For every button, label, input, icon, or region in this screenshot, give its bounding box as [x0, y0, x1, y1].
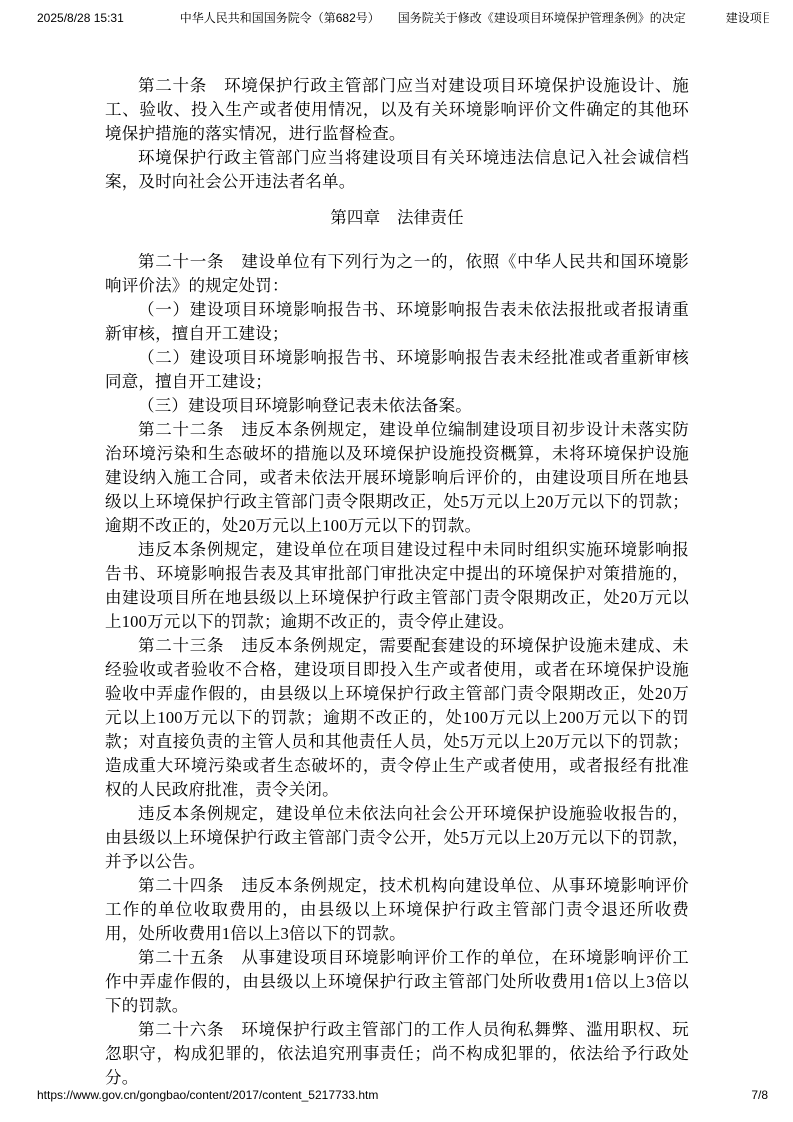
article-20-para-1: 第二十条 环境保护行政主管部门应当对建设项目环境保护设施设计、施工、验收、投入生…: [105, 74, 689, 146]
printed-page: 2025/8/28 15:31 中华人民共和国国务院令（第682号） 国务院关于…: [0, 0, 793, 1122]
print-header-doc-title-part2: 国务院关于修改《建设项目环境保护管理条例》的决定: [398, 11, 686, 25]
print-header-doc-title-part3: 建设项目环境保护管理条...: [726, 11, 769, 25]
chapter-4-heading: 第四章 法律责任: [105, 206, 689, 230]
print-datetime: 2025/8/28 15:31: [37, 11, 124, 25]
print-header: 2025/8/28 15:31 中华人民共和国国务院令（第682号） 国务院关于…: [37, 11, 769, 25]
article-20-para-2: 环境保护行政主管部门应当将建设项目有关环境违法信息记入社会诚信档案，及时向社会公…: [105, 146, 689, 194]
article-24: 第二十四条 违反本条例规定，技术机构向建设单位、从事环境影响评价工作的单位收取费…: [105, 874, 689, 946]
article-22-para-2: 违反本条例规定，建设单位在项目建设过程中未同时组织实施环境影响报告书、环境影响报…: [105, 538, 689, 634]
article-21-item-2: （二）建设项目环境影响报告书、环境影响报告表未经批准或者重新审核同意，擅自开工建…: [105, 346, 689, 394]
document-body: 第二十条 环境保护行政主管部门应当对建设项目环境保护设施设计、施工、验收、投入生…: [105, 74, 689, 1090]
print-header-doc-title-part1: 中华人民共和国国务院令（第682号）: [180, 11, 380, 25]
article-21-item-1: （一）建设项目环境影响报告书、环境影响报告表未依法报批或者报请重新审核，擅自开工…: [105, 298, 689, 346]
article-26: 第二十六条 环境保护行政主管部门的工作人员徇私舞弊、滥用职权、玩忽职守，构成犯罪…: [105, 1018, 689, 1090]
article-21-intro: 第二十一条 建设单位有下列行为之一的，依照《中华人民共和国环境影响评价法》的规定…: [105, 250, 689, 298]
article-22-para-1: 第二十二条 违反本条例规定，建设单位编制建设项目初步设计未落实防治环境污染和生态…: [105, 418, 689, 538]
print-footer: https://www.gov.cn/gongbao/content/2017/…: [37, 1088, 768, 1102]
print-page-number: 7/8: [751, 1088, 768, 1102]
article-23-para-1: 第二十三条 违反本条例规定，需要配套建设的环境保护设施未建成、未经验收或者验收不…: [105, 634, 689, 802]
article-21-item-3: （三）建设项目环境影响登记表未依法备案。: [105, 394, 689, 418]
print-source-url: https://www.gov.cn/gongbao/content/2017/…: [37, 1088, 378, 1102]
article-23-para-2: 违反本条例规定，建设单位未依法向社会公开环境保护设施验收报告的，由县级以上环境保…: [105, 802, 689, 874]
article-25: 第二十五条 从事建设项目环境影响评价工作的单位，在环境影响评价工作中弄虚作假的，…: [105, 946, 689, 1018]
